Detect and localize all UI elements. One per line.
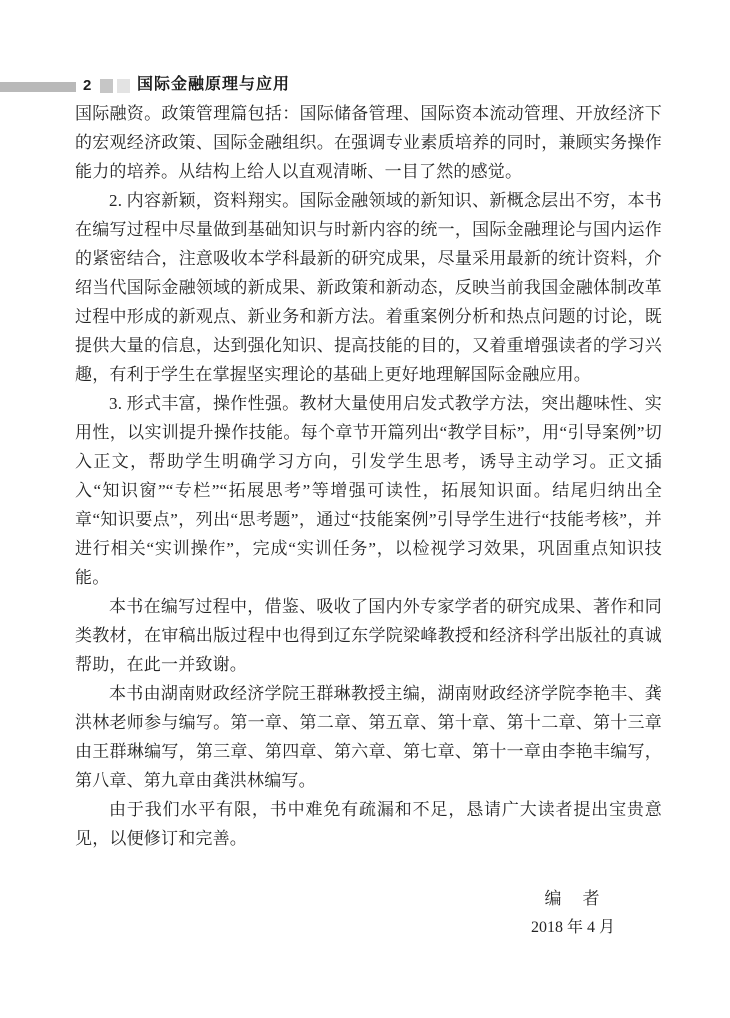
signature-date: 2018 年 4 月 [531,913,615,942]
header-square-light-decoration [117,79,130,93]
page-body: 国际融资。政策管理篇包括：国际储备管理、国际资本流动管理、开放经济下的宏观经济政… [75,99,662,942]
paragraph-item-2: 2. 内容新颖，资料翔实。国际金融领域的新知识、新概念层出不穷，本书在编写过程中… [75,186,662,389]
signature-author: 编 者 [531,884,615,913]
header-square-dark-decoration [100,79,113,93]
book-page: 2 国际金融原理与应用 国际融资。政策管理篇包括：国际储备管理、国际资本流动管理… [0,0,730,1018]
paragraph-item-3: 3. 形式丰富，操作性强。教材大量使用启发式教学方法，突出趣味性、实用性，以实训… [75,389,662,592]
page-number: 2 [83,77,91,94]
paragraph-acknowledgement: 本书在编写过程中，借鉴、吸收了国内外专家学者的研究成果、著作和同类教材，在审稿出… [75,592,662,679]
signature-block: 编 者 2018 年 4 月 [531,884,615,942]
header-bar-decoration [0,82,76,92]
paragraph-authors: 本书由湖南财政经济学院王群琳教授主编，湖南财政经济学院李艳丰、龚洪林老师参与编写… [75,679,662,795]
book-title: 国际金融原理与应用 [137,75,290,94]
paragraph-continuation: 国际融资。政策管理篇包括：国际储备管理、国际资本流动管理、开放经济下的宏观经济政… [75,99,662,186]
paragraph-apology: 由于我们水平有限，书中难免有疏漏和不足，恳请广大读者提出宝贵意见，以便修订和完善… [75,795,662,853]
